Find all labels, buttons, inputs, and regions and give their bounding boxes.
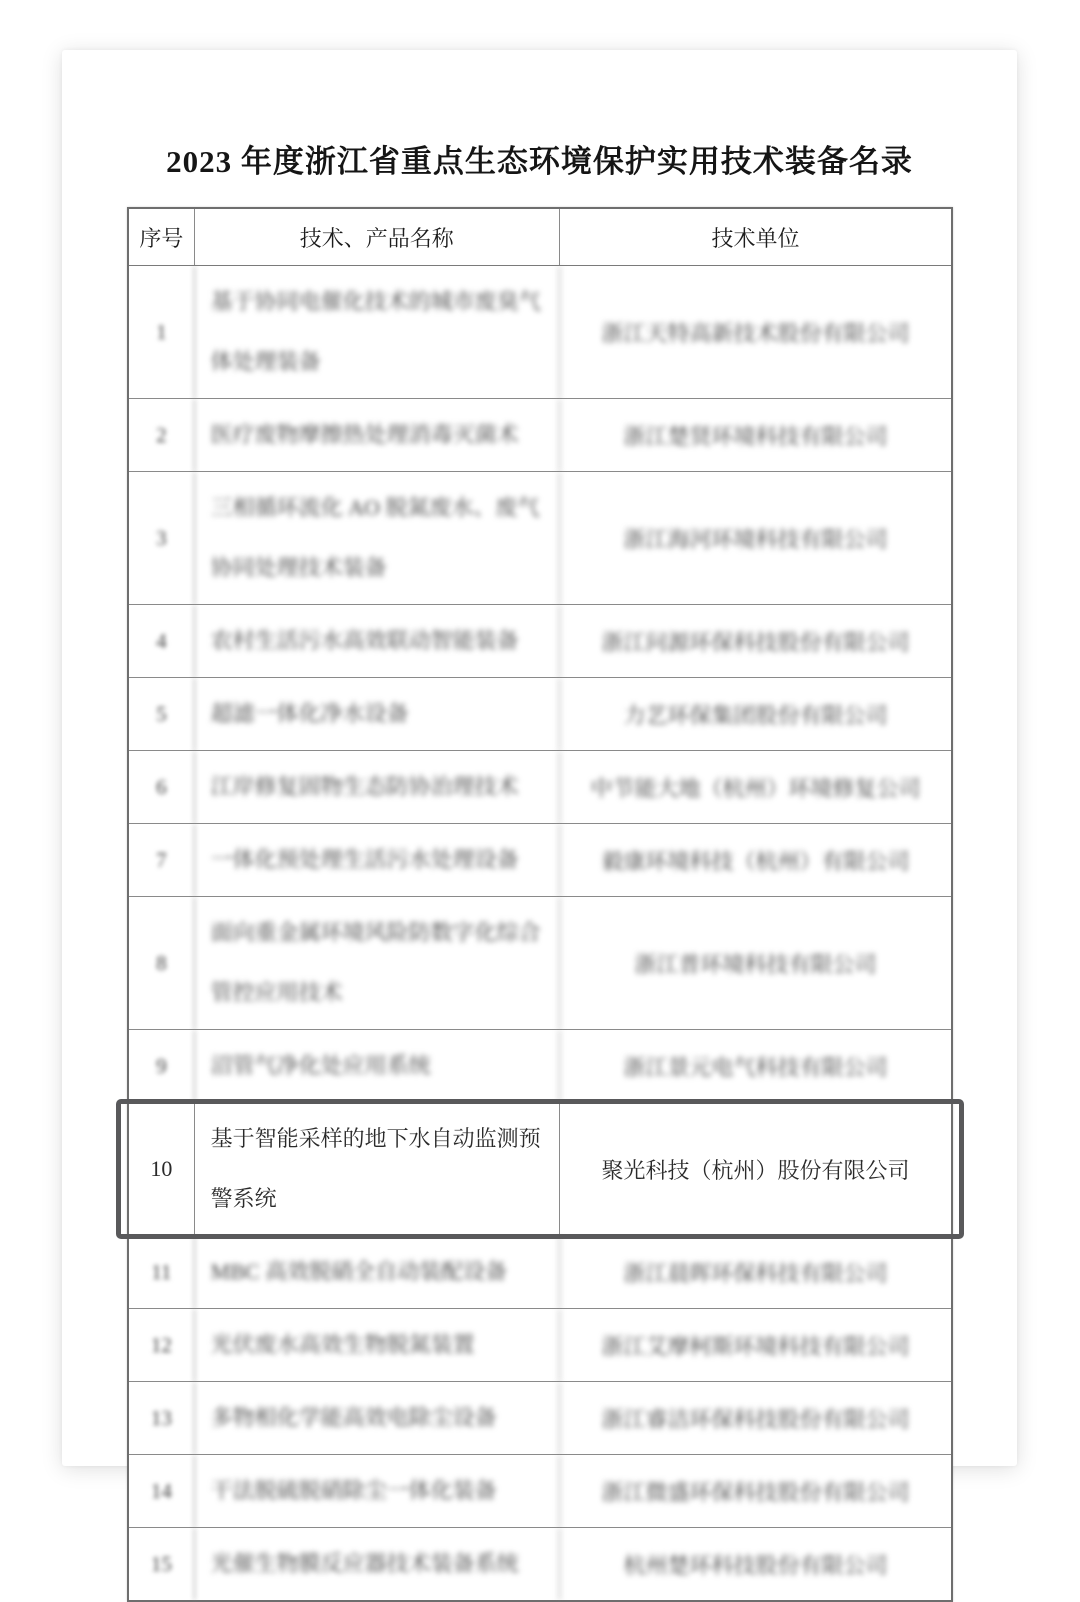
row-name: MBC 高效脱硝全自动装配设备 [195,1236,560,1308]
row-name: 面向重金属环境风险防数字化综合管控应用技术 [195,897,560,1029]
document-page: 2023 年度浙江省重点生态环境保护实用技术装备名录 序号 技术、产品名称 技术… [62,50,1017,1466]
table-body: 1 基于协同电催化技术的城市废臭气体处理装备 浙江天特高新技术股份有限公司 2 … [129,266,951,1516]
header-product-name-column: 技术、产品名称 [195,209,560,265]
row-no: 12 [129,1309,195,1381]
table-row: 3 三相循环流化 AO 脱氮废水、废气协同处理技术装备 浙江海河环境科技有限公司 [129,472,951,605]
row-company: 浙江普环境科技有限公司 [560,897,951,1029]
row-name: 农村生活污水高效联动智能装备 [195,605,560,677]
row-name: 基于协同电催化技术的城市废臭气体处理装备 [195,266,560,398]
table-row: 1 基于协同电催化技术的城市废臭气体处理装备 浙江天特高新技术股份有限公司 [129,266,951,399]
row-name: 一体化预处理生活污水处理设备 [195,824,560,896]
row-company: 中节能大地（杭州）环境修复公司 [560,751,951,823]
row-company: 浙江楚贤环境科技有限公司 [560,399,951,471]
row-no: 11 [129,1236,195,1308]
row-name: 基于智能采样的地下水自动监测预警系统 [195,1103,560,1235]
row-company: 力艺环保集团股份有限公司 [560,678,951,750]
table-row: 2 医疗废物摩擦热处理消毒灭菌术 浙江楚贤环境科技有限公司 [129,399,951,472]
row-name: 干法脱硫脱硝除尘一体化装备 [195,1455,560,1516]
table-row: 12 光伏废水高效生物脱氮装置 浙江艾摩柯斯环境科技有限公司 [129,1309,951,1382]
row-no: 10 [129,1103,195,1235]
table-header-row: 序号 技术、产品名称 技术单位 [129,209,951,266]
row-company: 浙江问源环保科技股份有限公司 [560,605,951,677]
row-company: 聚光科技（杭州）股份有限公司 [560,1103,951,1235]
row-company: 毅康环境科技（杭州）有限公司 [560,824,951,896]
row-company: 浙江晨晖环保科技有限公司 [560,1236,951,1308]
document-title: 2023 年度浙江省重点生态环境保护实用技术装备名录 [62,136,1017,181]
row-no: 13 [129,1382,195,1454]
row-no: 1 [129,266,195,398]
row-no: 7 [129,824,195,896]
table-row: 6 江岸修复固物生态防协治理技术 中节能大地（杭州）环境修复公司 [129,751,951,824]
row-no: 14 [129,1455,195,1516]
table-row: 13 多物相化学能高效电除尘设备 浙江睿洁环保科技股份有限公司 [129,1382,951,1455]
row-no: 8 [129,897,195,1029]
row-company: 浙江微盛环保科技股份有限公司 [560,1455,951,1516]
row-company: 浙江睿洁环保科技股份有限公司 [560,1382,951,1454]
row-company: 浙江景元电气科技有限公司 [560,1030,951,1102]
table-row: 5 超滤一体化净水设备 力艺环保集团股份有限公司 [129,678,951,751]
row-no: 5 [129,678,195,750]
row-no: 6 [129,751,195,823]
table-row: 7 一体化预处理生活污水处理设备 毅康环境科技（杭州）有限公司 [129,824,951,897]
table-row: 4 农村生活污水高效联动智能装备 浙江问源环保科技股份有限公司 [129,605,951,678]
row-name: 三相循环流化 AO 脱氮废水、废气协同处理技术装备 [195,472,560,604]
table-row: 9 沼管气净化处应用系统 浙江景元电气科技有限公司 [129,1030,951,1103]
row-name: 医疗废物摩擦热处理消毒灭菌术 [195,399,560,471]
row-name: 光伏废水高效生物脱氮装置 [195,1309,560,1381]
row-name: 沼管气净化处应用系统 [195,1030,560,1102]
row-company: 浙江天特高新技术股份有限公司 [560,266,951,398]
row-company: 浙江艾摩柯斯环境科技有限公司 [560,1309,951,1381]
table-row: 8 面向重金属环境风险防数字化综合管控应用技术 浙江普环境科技有限公司 [129,897,951,1030]
table-row: 14 干法脱硫脱硝除尘一体化装备 浙江微盛环保科技股份有限公司 [129,1455,951,1516]
row-no: 3 [129,472,195,604]
row-name: 多物相化学能高效电除尘设备 [195,1382,560,1454]
table-row: 10 基于智能采样的地下水自动监测预警系统 聚光科技（杭州）股份有限公司 [129,1103,951,1236]
header-company-column: 技术单位 [560,209,951,265]
row-no: 2 [129,399,195,471]
directory-table: 序号 技术、产品名称 技术单位 1 基于协同电催化技术的城市废臭气体处理装备 浙… [127,207,953,1516]
header-index-column: 序号 [129,209,195,265]
row-no: 9 [129,1030,195,1102]
row-company: 浙江海河环境科技有限公司 [560,472,951,604]
row-no: 4 [129,605,195,677]
table-row: 11 MBC 高效脱硝全自动装配设备 浙江晨晖环保科技有限公司 [129,1236,951,1309]
row-name: 江岸修复固物生态防协治理技术 [195,751,560,823]
row-name: 超滤一体化净水设备 [195,678,560,750]
